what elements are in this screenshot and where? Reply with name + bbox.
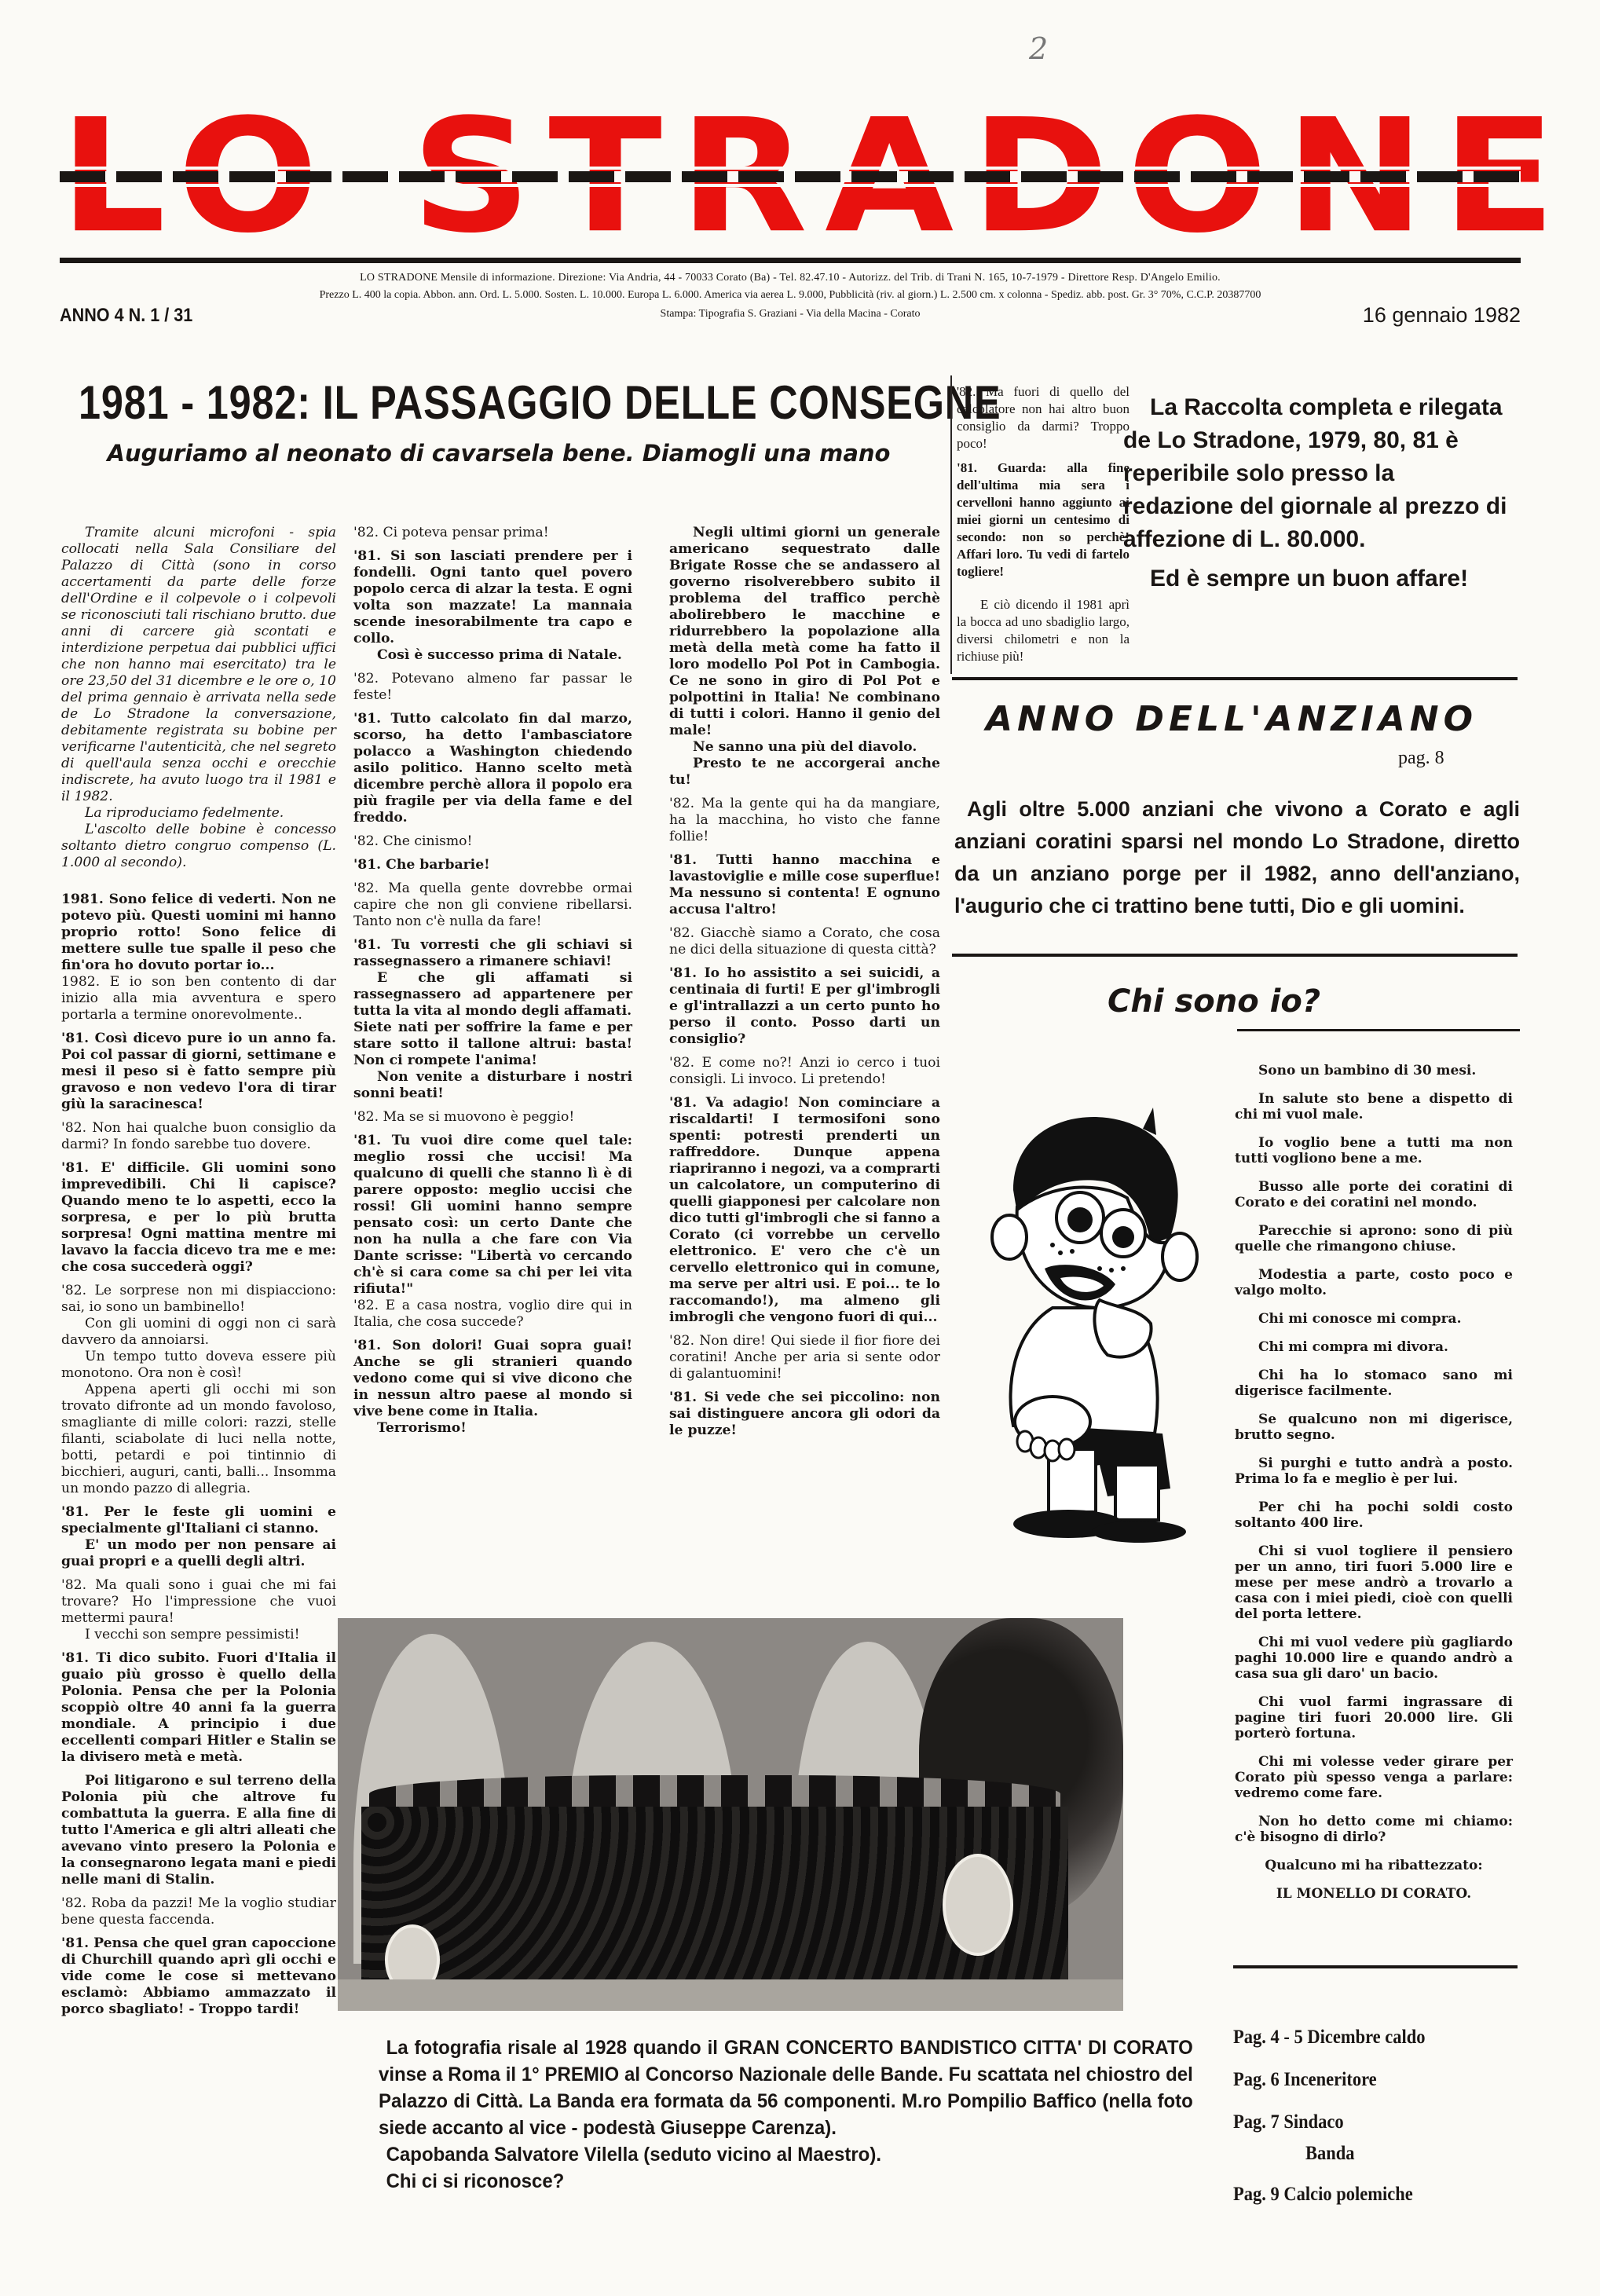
dialogue-82: '82. Ma la gente qui ha da mangiare, ha …: [669, 796, 940, 845]
dialogue-82: '82. Ma fuori di quello del calcolatore …: [957, 383, 1130, 452]
section-rule: [1233, 1965, 1518, 1968]
lead-subhead: Auguriamo al neonato di cavarsela bene. …: [63, 440, 935, 467]
dialogue-82: I vecchi son sempre pessimisti!: [61, 1627, 336, 1643]
band-photo: [338, 1618, 1123, 2011]
printer-info: Stampa: Tipografia S. Graziani - Via del…: [60, 308, 1521, 320]
lead-headline: 1981 - 1982: IL PASSAGGIO DELLE CONSEGNE: [79, 375, 771, 430]
dialogue-81: '81. Così dicevo pure io un anno fa. Poi…: [61, 1031, 336, 1113]
dialogue-82: '82. Non dire! Qui siede il fior fiore d…: [669, 1333, 940, 1382]
poem-line: Sono un bambino di 30 mesi.: [1235, 1063, 1513, 1078]
poem-line: Se qualcuno non mi digerisce, brutto seg…: [1235, 1412, 1513, 1443]
index-item[interactable]: Pag. 6 Inceneritore: [1233, 2069, 1377, 2091]
dialogue-81: '81. Tu vuoi dire come quel tale: meglio…: [353, 1133, 632, 1298]
poem-line: In salute sto bene a dispetto di chi mi …: [1235, 1091, 1513, 1122]
dialogue-81: Siete nati per soffrire la fame e per st…: [353, 1020, 632, 1069]
dialogue-81: '81. Per le feste gli uomini e specialme…: [61, 1504, 336, 1537]
poem-line: Chi mi volesse veder girare per Corato p…: [1235, 1754, 1513, 1801]
poem-line: Per chi ha pochi soldi costo soltanto 40…: [1235, 1500, 1513, 1531]
dialogue-82: '82. Giacchè siamo a Corato, che cosa ne…: [669, 925, 940, 958]
intro-paragraph: Tramite alcuni microfoni - spia collocat…: [61, 525, 336, 805]
article-column-2: '82. Ci poteva pensar prima! '81. Si son…: [353, 525, 632, 1444]
poem-line: Chi vuol farmi ingrassare di pagine tiri…: [1235, 1694, 1513, 1741]
anziano-page-ref[interactable]: pag. 8: [1398, 748, 1444, 769]
poem-line: Modestia a parte, costo poco e valgo mol…: [1235, 1267, 1513, 1298]
bass-drum: [943, 1854, 1013, 1956]
dialogue-81: '81. E' difficile. Gli uomini sono impre…: [61, 1160, 336, 1276]
raccolta-text: La Raccolta completa e rilegata de Lo St…: [1123, 391, 1508, 556]
index-item[interactable]: Pag. 9 Calcio polemiche: [1233, 2184, 1413, 2206]
subscription-info: Prezzo L. 400 la copia. Abbon. ann. Ord.…: [60, 289, 1521, 302]
poem-line: Qualcuno mi ha ribattezzato:: [1235, 1858, 1513, 1873]
poem-line: Parecchie si aprono: sono di più quelle …: [1235, 1223, 1513, 1254]
article-column-4: '82. Ma fuori di quello del calcolatore …: [957, 383, 1130, 672]
section-rule: [952, 954, 1518, 957]
dialogue-81: '81. Ti dico subito. Fuori d'Italia il g…: [61, 1650, 336, 1766]
article-column-1: Tramite alcuni microfoni - spia collocat…: [61, 525, 336, 2025]
dialogue-81: '81. Tutti hanno macchina e lavastovigli…: [669, 852, 940, 918]
poem-line: Non ho detto come mi chiamo: c'è bisogno…: [1235, 1814, 1513, 1845]
dialogue-82: Un tempo tutto doveva essere più monoton…: [61, 1349, 336, 1382]
publication-info: LO STRADONE Mensile di informazione. Dir…: [60, 272, 1521, 284]
dialogue-82: '82. Le sorprese non mi dispiacciono: sa…: [61, 1283, 336, 1316]
masthead-stripe: [60, 171, 1521, 182]
anziano-title: ANNO DELL'ANZIANO: [986, 699, 1477, 739]
dialogue-82: '82. Ma quella gente dovrebbe ormai capi…: [353, 881, 632, 930]
dialogue-81: Negli ultimi giorni un generale american…: [669, 525, 940, 739]
cartoon-boy-icon: [982, 1072, 1210, 1543]
masthead-rule: [60, 258, 1521, 263]
dialogue-82: '82. Ci poteva pensar prima!: [353, 525, 632, 541]
dialogue-81: Ne sanno una più del diavolo.: [669, 739, 940, 756]
dialogue-82: '82. Ma se si muovono è peggio!: [353, 1109, 632, 1126]
poem-line: Chi ha lo stomaco sano mi digerisce faci…: [1235, 1368, 1513, 1399]
raccolta-box: La Raccolta completa e rilegata de Lo St…: [1123, 391, 1508, 602]
dialogue-81: '81. Che barbarie!: [353, 857, 632, 873]
dialogue-81: E' un modo per non pensare ai guai propr…: [61, 1537, 336, 1570]
dialogue-82: Con gli uomini di oggi non ci sarà davve…: [61, 1316, 336, 1349]
caption-text: Chi ci si riconosce?: [379, 2168, 1193, 2195]
poem-line: Si purghi e tutto andrà a posto. Prima l…: [1235, 1456, 1513, 1487]
cartoon-boy-illustration: [982, 1072, 1210, 1543]
issue-date: 16 gennaio 1982: [1363, 303, 1521, 328]
dialogue-82: '82. Non hai qualche buon consiglio da d…: [61, 1120, 336, 1153]
article-column-3: Negli ultimi giorni un generale american…: [669, 525, 940, 1446]
index-item[interactable]: Pag. 4 - 5 Dicembre caldo: [1233, 2027, 1426, 2049]
index-item[interactable]: Pag. 7 Sindaco: [1233, 2111, 1344, 2133]
column-divider: [950, 375, 952, 674]
photo-caption: La fotografia risale al 1928 quando il G…: [379, 2034, 1193, 2195]
dialogue-82: '82. E a casa nostra, voglio dire qui in…: [353, 1298, 632, 1331]
dialogue-82: '82. Ma quali sono i guai che mi fai tro…: [61, 1577, 336, 1627]
closing-paragraph: E ciò dicendo il 1981 aprì la bocca ad u…: [957, 596, 1130, 665]
index-item[interactable]: Banda: [1305, 2143, 1355, 2165]
dialogue-81: '81. Tutto calcolato fin dal marzo, scor…: [353, 711, 632, 826]
dialogue-81: E che gli affamati si rassegnassero ad a…: [353, 970, 632, 1020]
dialogue-81: '81. Va adagio! Non cominciare a riscald…: [669, 1095, 940, 1326]
poem-signature: IL MONELLO DI CORATO.: [1235, 1886, 1513, 1902]
dialogue-81: '81. Tu vorresti che gli schiavi si rass…: [353, 937, 632, 970]
dialogue-82: '82. E come no?! Anzi io cerco i tuoi co…: [669, 1055, 940, 1088]
poem-line: Chi mi conosce mi compra.: [1235, 1311, 1513, 1327]
chi-sono-io-text: Sono un bambino di 30 mesi. In salute st…: [1235, 1063, 1513, 1914]
dialogue-82: Appena aperti gli occhi mi son trovato d…: [61, 1382, 336, 1497]
caption-text: Capobanda Salvatore Vilella (seduto vici…: [379, 2141, 1193, 2168]
dialogue-82: '82. Potevano almeno far passar le feste…: [353, 671, 632, 704]
chi-sono-io-title: Chi sono io?: [1108, 983, 1320, 1020]
dialogue-82: '82. Che cinismo!: [353, 833, 632, 850]
caption-text: La fotografia risale al 1928 quando il G…: [379, 2034, 1193, 2141]
dialogue-81: Presto te ne accorgerai anche tu!: [669, 756, 940, 789]
raccolta-tagline: Ed è sempre un buon affare!: [1123, 562, 1508, 595]
section-rule: [952, 677, 1518, 680]
intro-paragraph: La riproduciamo fedelmente.: [61, 805, 336, 822]
dialogue-81: '81. Pensa che quel gran capoccione di C…: [61, 1935, 336, 2018]
dialogue-81: Così è successo prima di Natale.: [353, 647, 632, 664]
dialogue-81: 1981. Sono felice di vederti. Non ne pot…: [61, 892, 336, 974]
poem-line: Io voglio bene a tutti ma non tutti vogl…: [1235, 1135, 1513, 1166]
dialogue-81: Poi litigarono e sul terreno della Polon…: [61, 1773, 336, 1888]
dialogue-81: '81. Guarda: alla fine dell'ultima mia s…: [957, 460, 1130, 580]
intro-paragraph: L'ascolto delle bobine è concesso soltan…: [61, 822, 336, 871]
poem-line: Busso alle porte dei coratini di Corato …: [1235, 1179, 1513, 1210]
anziano-body: Agli oltre 5.000 anziani che vivono a Co…: [954, 793, 1520, 922]
dialogue-81: Terrorismo!: [353, 1420, 632, 1437]
dialogue-81: '81. Si vede che sei piccolino: non sai …: [669, 1390, 940, 1439]
dialogue-81: '81. Io ho assistito a sei suicidi, a ce…: [669, 965, 940, 1048]
dialogue-81: '81. Si son lasciati prendere per i fond…: [353, 548, 632, 647]
poem-line: Chi mi compra mi divora.: [1235, 1339, 1513, 1355]
section-rule: [1237, 1029, 1520, 1031]
dialogue-82: '82. Roba da pazzi! Me la voglio studiar…: [61, 1895, 336, 1928]
masthead: LO STRADONE: [60, 110, 1521, 251]
handwritten-page-mark: 2: [1029, 31, 1048, 66]
poem-line: Chi mi vuol vedere più gagliardo paghi 1…: [1235, 1635, 1513, 1682]
dialogue-81: '81. Son dolori! Guai sopra guai! Anche …: [353, 1338, 632, 1420]
dialogue-81: Non venite a disturbare i nostri sonni b…: [353, 1069, 632, 1102]
dialogue-82: 1982. E io son ben contento di dar inizi…: [61, 974, 336, 1023]
poem-line: Chi si vuol togliere il pensiero per un …: [1235, 1543, 1513, 1622]
